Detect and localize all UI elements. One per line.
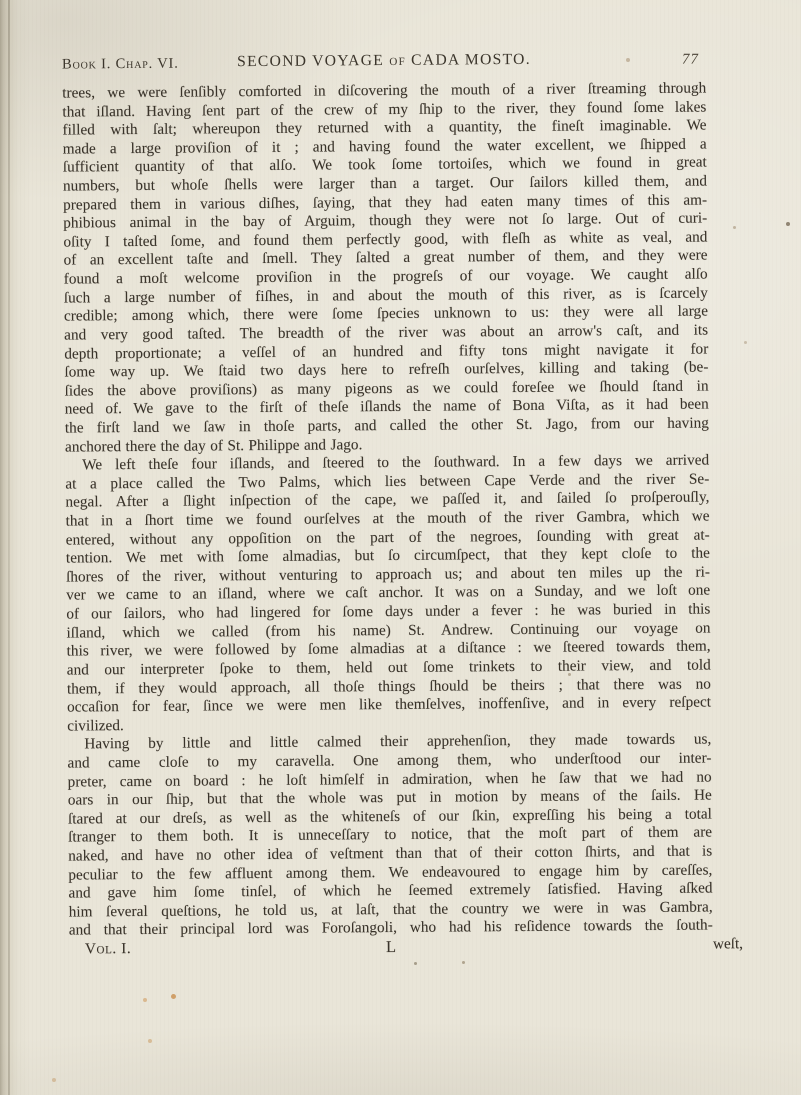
foxing-spot: [414, 962, 417, 965]
foxing-spot: [143, 998, 147, 1002]
foxing-spot: [733, 226, 736, 229]
foxing-spot: [462, 961, 465, 964]
running-title: SECOND VOYAGE of CADA MOSTO.: [237, 51, 531, 71]
signature-mark: L: [386, 938, 396, 957]
foxing-spot: [148, 1039, 152, 1043]
volume-label: Vol. I.: [85, 940, 131, 959]
chapter-label: Book I. Chap. VI.: [62, 56, 179, 74]
foxing-spot: [744, 341, 747, 344]
foxing-spot: [786, 222, 790, 226]
page-gutter-shadow: [8, 0, 10, 1095]
book-page: Book I. Chap. VI. SECOND VOYAGE of CADA …: [0, 0, 801, 1095]
page-number: 77: [682, 52, 699, 69]
foxing-spot: [52, 1078, 56, 1082]
foxing-spot: [171, 994, 176, 999]
catchword: weſt,: [713, 935, 743, 954]
footer-line: Vol. I. L weſt,: [69, 935, 713, 959]
running-header: Book I. Chap. VI. SECOND VOYAGE of CADA …: [62, 49, 706, 74]
body-text: trees, we were ſenſibly comforted in diſ…: [62, 79, 713, 940]
page-content: Book I. Chap. VI. SECOND VOYAGE of CADA …: [62, 49, 713, 959]
